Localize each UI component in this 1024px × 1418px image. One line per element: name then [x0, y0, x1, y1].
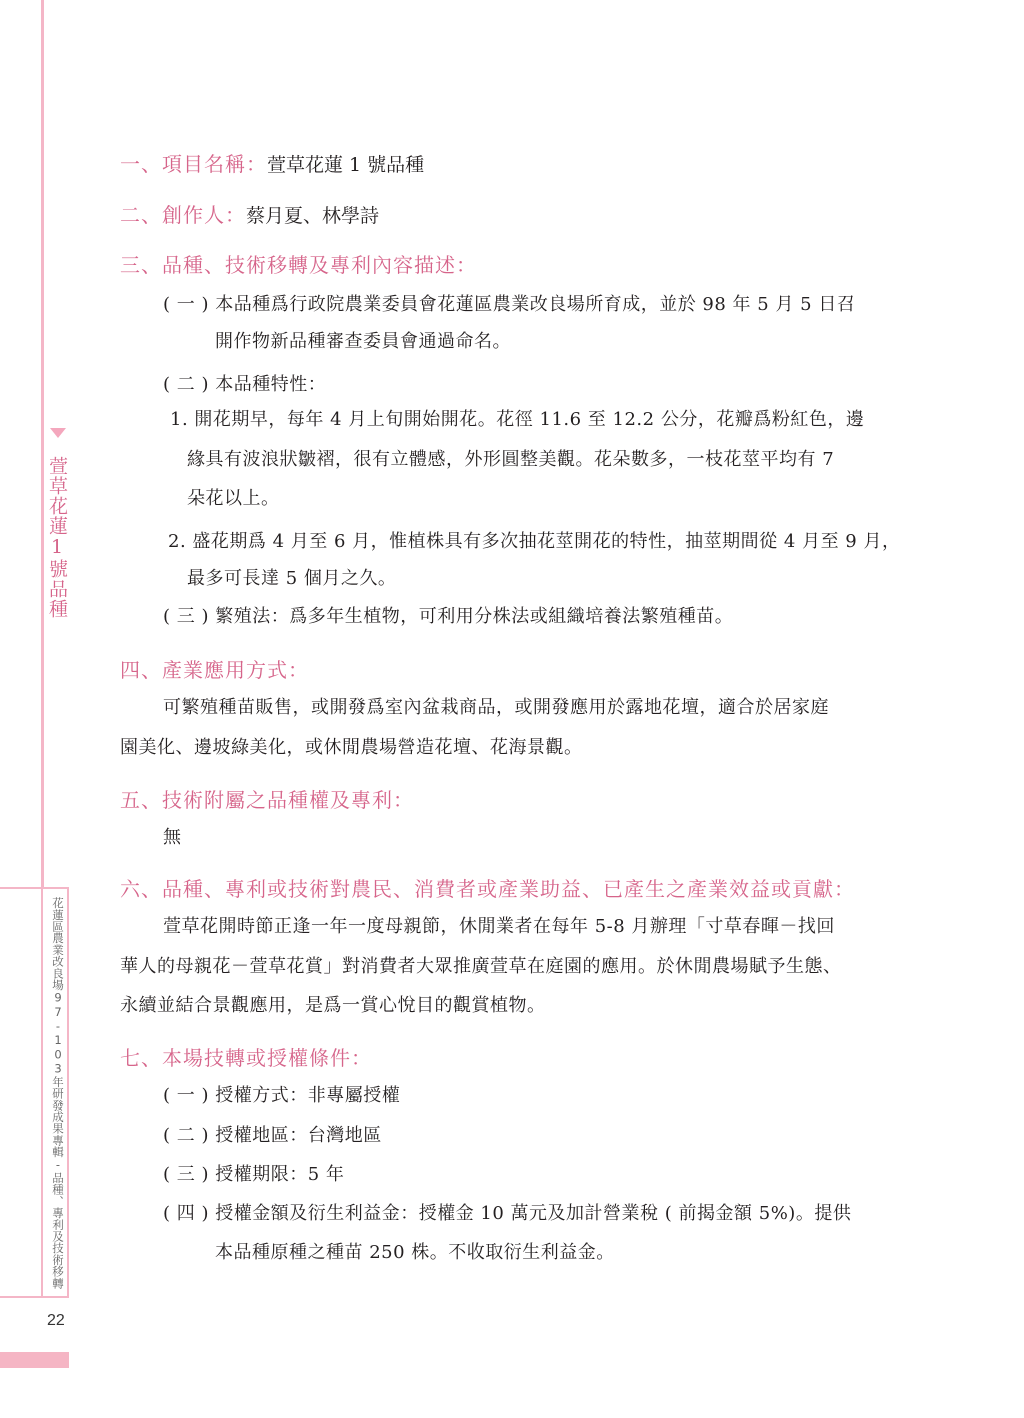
section-6-heading: 六、品種、專利或技術對農民、消費者或產業助益、已產生之產業效益或貢獻： [120, 873, 855, 902]
s3-item-1-line-2: 緣具有波浪狀皺褶，很有立體感，外形圓整美觀。花朵數多，一枝花莖平均有 7 [187, 445, 834, 471]
s6-line-1: 萱草花開時節正逢一年一度母親節，休閒業者在每年 5-8 月辦理「寸草春暉－找回 [163, 912, 835, 938]
series-box-divider [41, 887, 43, 1298]
triangle-marker-icon [50, 428, 66, 438]
s7-condition-3: ( 三 ) 授權期限：5 年 [163, 1160, 344, 1186]
section-4-heading: 四、產業應用方式： [120, 654, 309, 683]
s3-paragraph-1-line-1: ( 一 ) 本品種爲行政院農業委員會花蓮區農業改良場所育成，並於 98 年 5 … [163, 290, 855, 316]
page-number: 22 [47, 1312, 65, 1330]
s7-condition-4-line-1: ( 四 ) 授權金額及衍生利益金：授權金 10 萬元及加計營業稅 ( 前揭金額 … [163, 1199, 851, 1225]
series-title-vertical: 花蓮區農業改良場97-103年研發成果專輯-品種、專利及技術移轉 [48, 897, 66, 1289]
section-7-heading: 七、本場技轉或授權條件： [120, 1042, 372, 1071]
chapter-title-vertical: 萱草花蓮1號品種 [47, 456, 67, 619]
section-3-heading: 三、品種、技術移轉及專利內容描述： [120, 249, 477, 278]
footer-color-bar [0, 1352, 69, 1368]
section-1-heading: 一、項目名稱：萱草花蓮 1 號品種 [120, 148, 424, 177]
s7-condition-2: ( 二 ) 授權地區：台灣地區 [163, 1121, 382, 1147]
section-5-heading: 五、技術附屬之品種權及專利： [120, 784, 414, 813]
section-1-label: 一、項目名稱： [120, 152, 267, 176]
s4-line-2: 園美化、邊坡綠美化，或休閒農場營造花壇、花海景觀。 [120, 733, 583, 759]
s4-line-1: 可繁殖種苗販售，或開發爲室內盆栽商品，或開發應用於露地花壇，適合於居家庭 [163, 693, 829, 719]
section-2-label: 二、創作人： [120, 203, 246, 227]
s3-item-2-line-2: 最多可長達 5 個月之久。 [187, 564, 396, 590]
s6-line-2: 華人的母親花－萱草花賞」對消費者大眾推廣萱草在庭園的應用。於休閒農場賦予生態、 [120, 952, 842, 978]
creators: 蔡月夏、林學詩 [246, 205, 379, 227]
s3-item-1-line-1: 1. 開花期早，每年 4 月上旬開始開花。花徑 11.6 至 12.2 公分，花… [170, 405, 864, 431]
s3-item-2-line-1: 2. 盛花期爲 4 月至 6 月，惟植株具有多次抽花莖開花的特性，抽莖期間從 4… [168, 527, 900, 553]
s6-line-3: 永續並結合景觀應用，是爲一賞心悅目的觀賞植物。 [120, 991, 546, 1017]
s7-condition-4-line-2: 本品種原種之種苗 250 株。不收取衍生利益金。 [215, 1238, 615, 1264]
s5-value: 無 [163, 823, 182, 849]
section-2-heading: 二、創作人：蔡月夏、林學詩 [120, 199, 379, 228]
s3-paragraph-2: ( 二 ) 本品種特性： [163, 370, 326, 396]
s3-item-1-line-3: 朵花以上。 [187, 484, 280, 510]
s7-condition-1: ( 一 ) 授權方式：非專屬授權 [163, 1081, 400, 1107]
sidebar-rule [41, 0, 44, 888]
project-name: 萱草花蓮 1 號品種 [267, 154, 424, 176]
s3-paragraph-1-line-2: 開作物新品種審查委員會通過命名。 [215, 327, 511, 353]
s3-paragraph-3: ( 三 ) 繁殖法：爲多年生植物，可利用分株法或組織培養法繁殖種苗。 [163, 602, 733, 628]
